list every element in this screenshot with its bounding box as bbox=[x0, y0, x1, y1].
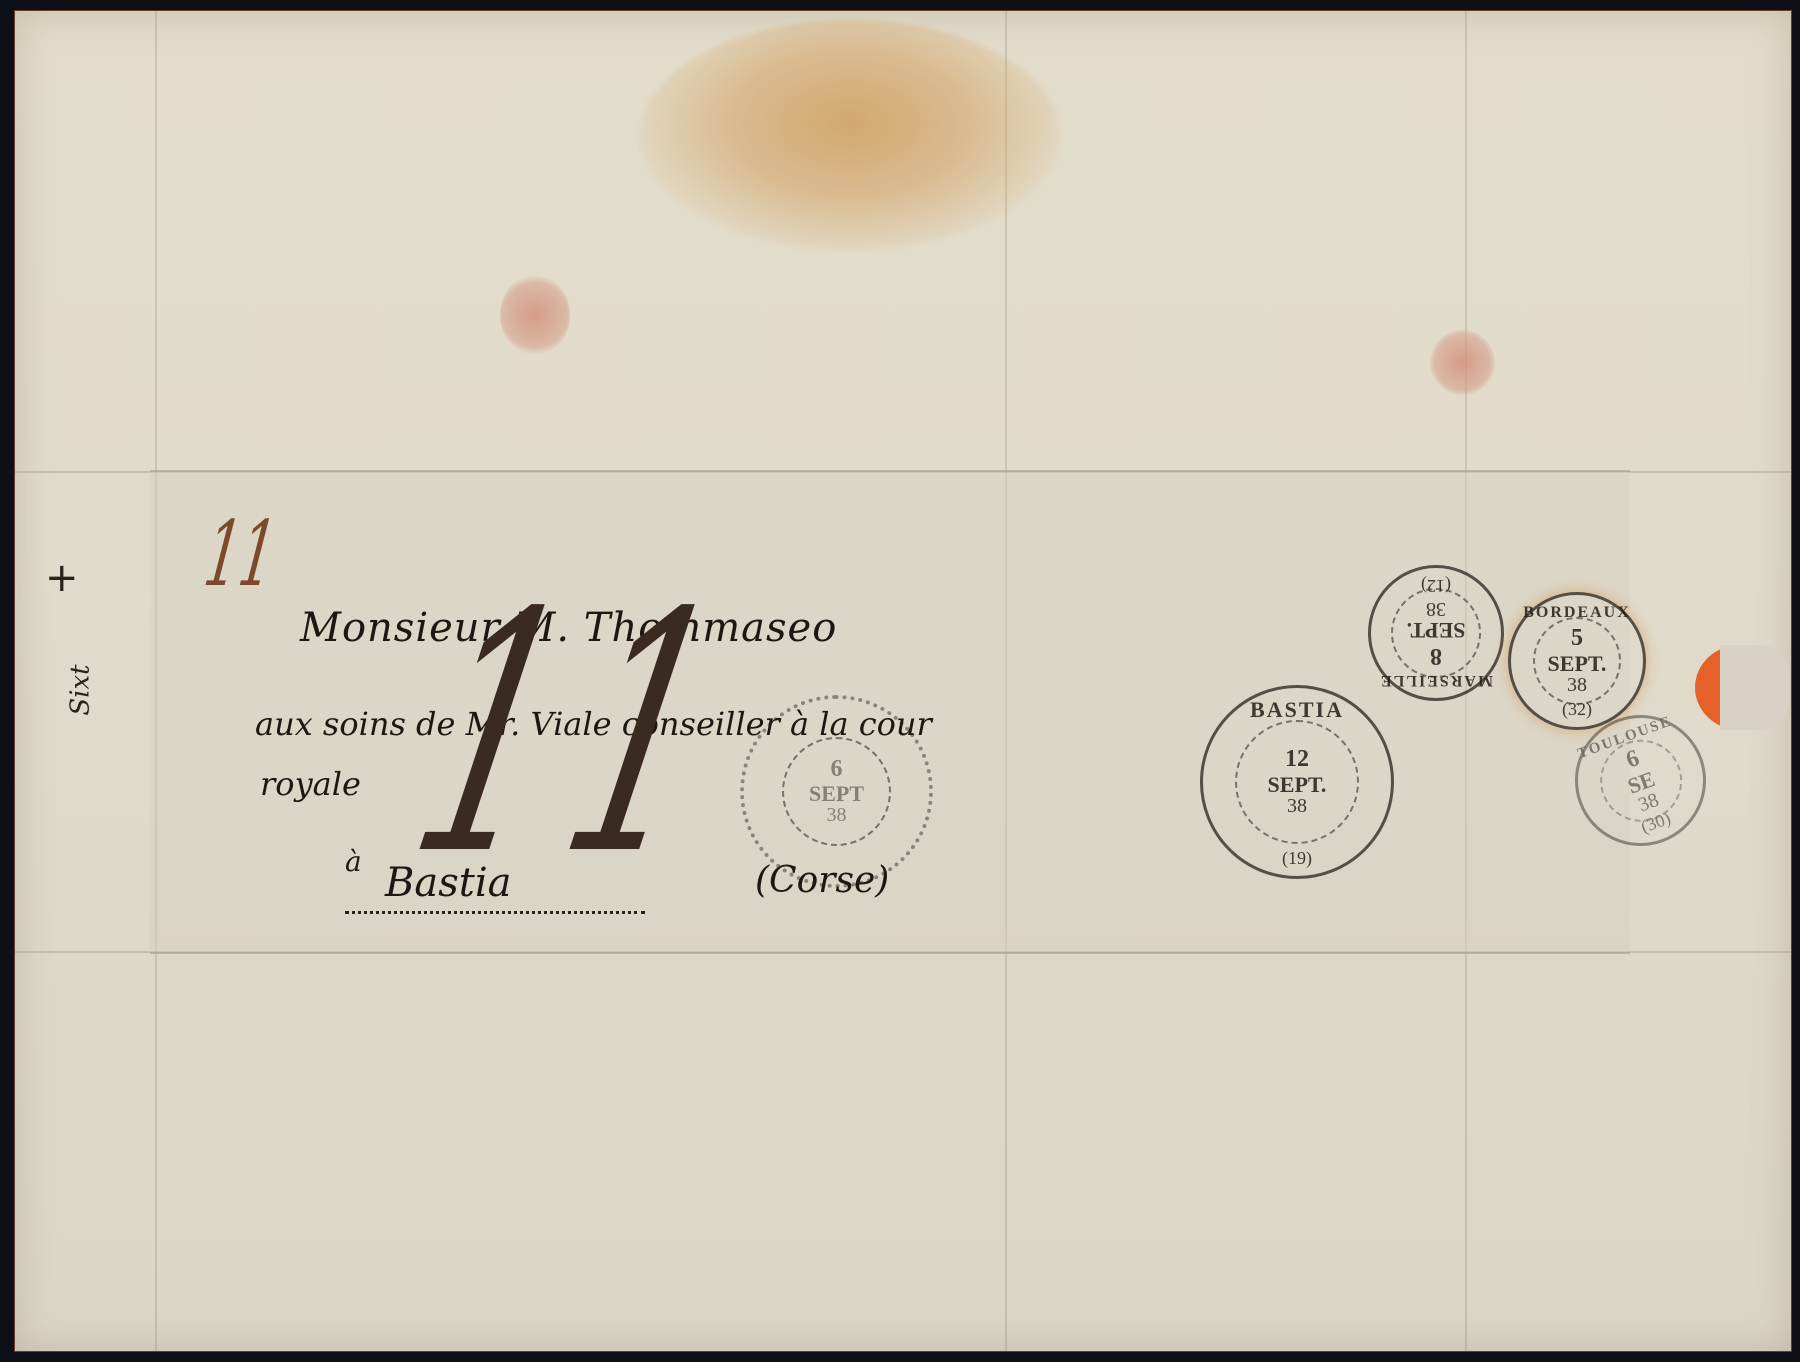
address-line-royale: royale bbox=[260, 765, 361, 803]
margin-cross: + bbox=[45, 555, 79, 601]
postmark-faint-arrival: 6 SEPT 38 bbox=[740, 695, 933, 888]
water-stain bbox=[640, 20, 1060, 250]
torn-paper-flap bbox=[1720, 645, 1790, 730]
postmark-inner-ring bbox=[1235, 720, 1359, 844]
margin-torn-note: Sixt bbox=[66, 664, 96, 715]
postmark-inner-ring bbox=[1391, 588, 1481, 678]
postmark-bordeaux: BORDEAUX 5 SEPT. 38 (32) bbox=[1508, 592, 1646, 730]
wax-seal-edge bbox=[1695, 645, 1785, 730]
rate-mark-small: 11 bbox=[200, 510, 281, 600]
wax-seal-right bbox=[1430, 330, 1495, 395]
postmark-bastia: BASTIA 12 SEPT. 38 (19) bbox=[1200, 685, 1394, 879]
address-prefix: à bbox=[345, 845, 362, 878]
wax-seal-left bbox=[500, 275, 570, 355]
postmark-inner-ring bbox=[1533, 617, 1621, 705]
postmark-marseille: MARSEILLE 8 SEPT. 38 (12) bbox=[1368, 565, 1504, 701]
